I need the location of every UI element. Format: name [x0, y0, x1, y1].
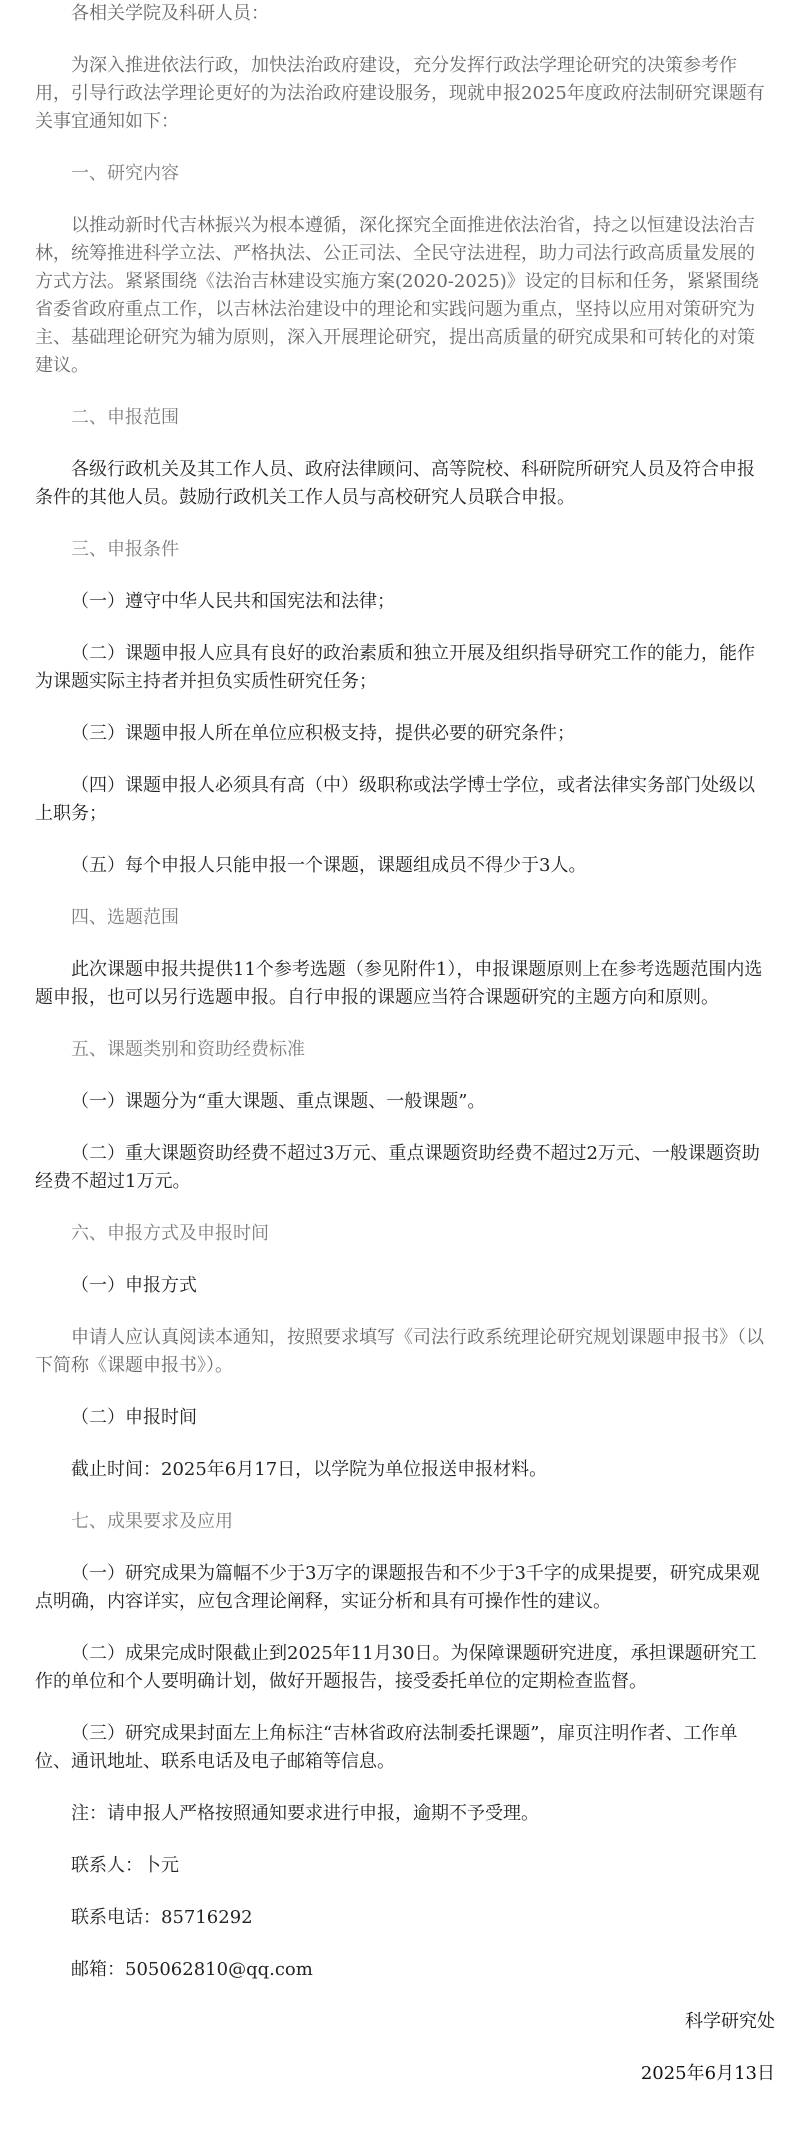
deadline-paragraph: 截止时间：2025年6月17日，以学院为单位报送申报材料。	[35, 1456, 765, 1484]
condition-item: （二）课题申报人应具有良好的政治素质和独立开展及组织指导研究工作的能力，能作为课…	[35, 640, 765, 696]
condition-item: （五）每个申报人只能申报一个课题，课题组成员不得少于3人。	[35, 852, 765, 880]
subheading-application-method: （一）申报方式	[35, 1272, 765, 1300]
contact-person: 联系人：卜元	[35, 1852, 765, 1880]
section-heading-outcome-requirements: 七、成果要求及应用	[35, 1508, 765, 1536]
condition-item: （三）课题申报人所在单位应积极支持，提供必要的研究条件；	[35, 720, 765, 748]
section-heading-application-scope: 二、申报范围	[35, 404, 765, 432]
research-content-paragraph: 以推动新时代吉林振兴为根本遵循，深化探究全面推进依法治省，持之以恒建设法治吉林，…	[35, 212, 765, 380]
notice-document: 各相关学院及科研人员： 为深入推进依法行政，加快法治政府建设，充分发挥行政法学理…	[0, 0, 811, 2088]
salutation: 各相关学院及科研人员：	[35, 0, 765, 28]
intro-paragraph: 为深入推进依法行政，加快法治政府建设，充分发挥行政法学理论研究的决策参考作用，引…	[35, 52, 765, 136]
funding-item: （一）课题分为“重大课题、重点课题、一般课题”。	[35, 1088, 765, 1116]
subheading-application-time: （二）申报时间	[35, 1404, 765, 1432]
section-heading-application-conditions: 三、申报条件	[35, 536, 765, 564]
contact-phone: 联系电话：85716292	[35, 1904, 765, 1932]
section-heading-research-content: 一、研究内容	[35, 160, 765, 188]
outcome-item: （二）成果完成时限截止到2025年11月30日。为保障课题研究进度，承担课题研究…	[35, 1640, 765, 1696]
note-paragraph: 注：请申报人严格按照通知要求进行申报，逾期不予受理。	[35, 1800, 765, 1828]
contact-email: 邮箱：505062810@qq.com	[35, 1956, 765, 1984]
funding-item: （二）重大课题资助经费不超过3万元、重点课题资助经费不超过2万元、一般课题资助经…	[35, 1140, 765, 1196]
outcome-item: （三）研究成果封面左上角标注“吉林省政府法制委托课题”，扉页注明作者、工作单位、…	[35, 1720, 765, 1776]
condition-item: （四）课题申报人必须具有高（中）级职称或法学博士学位，或者法律实务部门处级以上职…	[35, 772, 765, 828]
section-heading-categories-funding: 五、课题类别和资助经费标准	[35, 1036, 765, 1064]
outcome-item: （一）研究成果为篇幅不少于3万字的课题报告和不少于3千字的成果提要，研究成果观点…	[35, 1560, 765, 1616]
section-heading-method-and-time: 六、申报方式及申报时间	[35, 1220, 765, 1248]
condition-item: （一）遵守中华人民共和国宪法和法律；	[35, 588, 765, 616]
signature-date: 2025年6月13日	[35, 2060, 775, 2088]
signature-office: 科学研究处	[35, 2008, 775, 2036]
topic-scope-paragraph: 此次课题申报共提供11个参考选题（参见附件1），申报课题原则上在参考选题范围内选…	[35, 956, 765, 1012]
section-heading-topic-scope: 四、选题范围	[35, 904, 765, 932]
application-scope-paragraph: 各级行政机关及其工作人员、政府法律顾问、高等院校、科研院所研究人员及符合申报条件…	[35, 456, 765, 512]
application-method-paragraph: 申请人应认真阅读本通知，按照要求填写《司法行政系统理论研究规划课题申报书》（以下…	[35, 1324, 765, 1380]
